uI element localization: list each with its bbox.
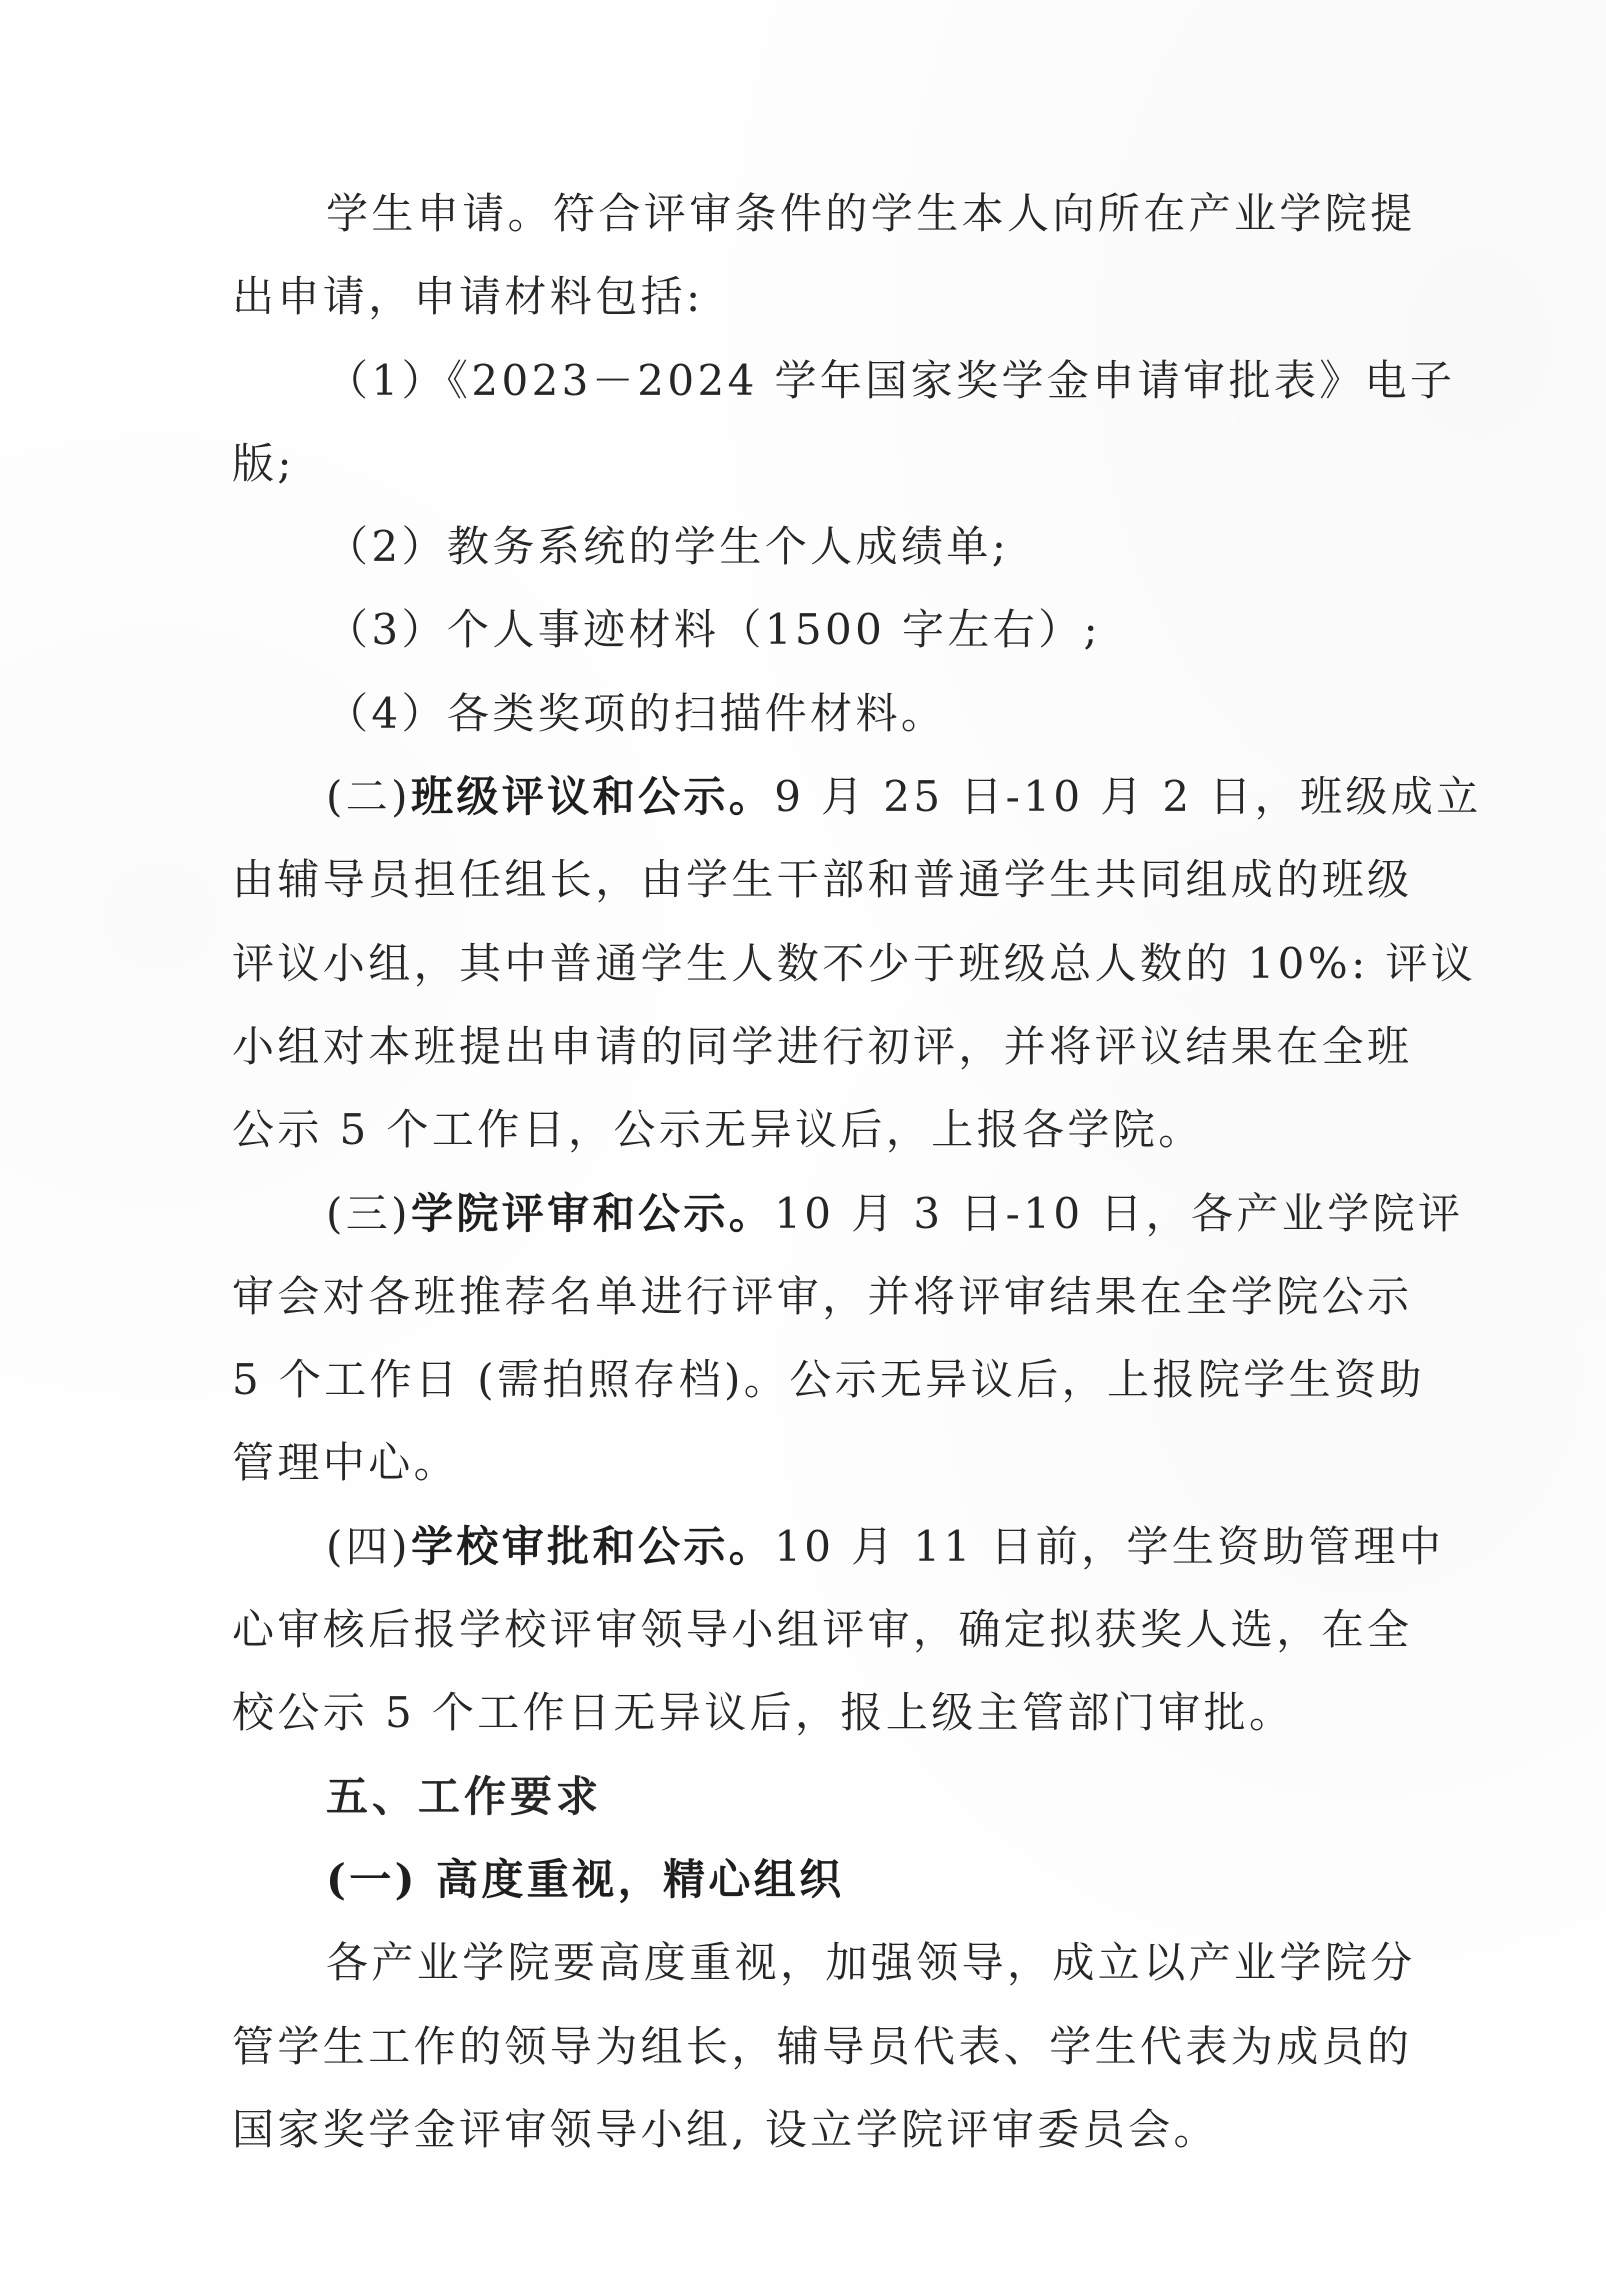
paragraph-line: 国家奖学金评审领导小组, 设立学院评审委员会。 [232,2088,1382,2171]
document-body: 学生申请。符合评审条件的学生本人向所在产业学院提 出申请，申请材料包括: （1）… [232,172,1382,2171]
paragraph-line: 学生申请。符合评审条件的学生本人向所在产业学院提 [232,172,1382,255]
paragraph-line: 5 个工作日 (需拍照存档)。公示无异议后，上报院学生资助 [232,1338,1382,1421]
paragraph-line: 审会对各班推荐名单进行评审，并将评审结果在全学院公示 [232,1255,1382,1338]
paragraph-line: 小组对本班提出申请的同学进行初评，并将评议结果在全班 [232,1005,1382,1088]
section-class-review-first-line: (二)班级评议和公示。9 月 25 日-10 月 2 日，班级成立 [232,755,1382,838]
list-item-1-continued: 版; [232,422,1382,505]
section-title-school-approval: 学校审批和公示。 [411,1522,774,1571]
paragraph-line: 管理中心。 [232,1421,1382,1504]
paragraph-line: 管学生工作的领导为组长，辅导员代表、学生代表为成员的 [232,2005,1382,2088]
list-item-3: （3）个人事迹材料（1500 字左右）; [232,588,1382,671]
section-text: 10 月 3 日-10 日，各产业学院评 [774,1189,1463,1238]
section-label: (四) [326,1522,411,1571]
section-title-college-review: 学院评审和公示。 [411,1189,774,1238]
paragraph-line: 由辅导员担任组长，由学生干部和普通学生共同组成的班级 [232,838,1382,921]
heading-work-requirements: 五、工作要求 [232,1755,1382,1838]
section-title-class-review: 班级评议和公示。 [411,772,774,821]
section-label: (二) [326,772,411,821]
section-text: 9 月 25 日-10 月 2 日，班级成立 [774,772,1481,821]
section-college-review-first-line: (三)学院评审和公示。10 月 3 日-10 日，各产业学院评 [232,1172,1382,1255]
paragraph-line: 校公示 5 个工作日无异议后，报上级主管部门审批。 [232,1671,1382,1754]
document-page: 学生申请。符合评审条件的学生本人向所在产业学院提 出申请，申请材料包括: （1）… [0,0,1606,2290]
paragraph-line: 公示 5 个工作日，公示无异议后，上报各学院。 [232,1088,1382,1171]
list-item-1: （1）《2023－2024 学年国家奖学金申请审批表》电子 [232,339,1382,422]
subheading-attach-importance: (一) 高度重视，精心组织 [232,1838,1382,1921]
section-label: (三) [326,1189,411,1238]
paragraph-line: 各产业学院要高度重视，加强领导，成立以产业学院分 [232,1921,1382,2004]
paragraph-line: 心审核后报学校评审领导小组评审，确定拟获奖人选，在全 [232,1588,1382,1671]
paragraph-line: 评议小组，其中普通学生人数不少于班级总人数的 10%: 评议 [232,922,1382,1005]
section-text: 10 月 11 日前，学生资助管理中 [774,1522,1444,1571]
list-item-2: （2）教务系统的学生个人成绩单; [232,505,1382,588]
list-item-4: （4）各类奖项的扫描件材料。 [232,672,1382,755]
section-school-approval-first-line: (四)学校审批和公示。10 月 11 日前，学生资助管理中 [232,1505,1382,1588]
paragraph-line: 出申请，申请材料包括: [232,255,1382,338]
